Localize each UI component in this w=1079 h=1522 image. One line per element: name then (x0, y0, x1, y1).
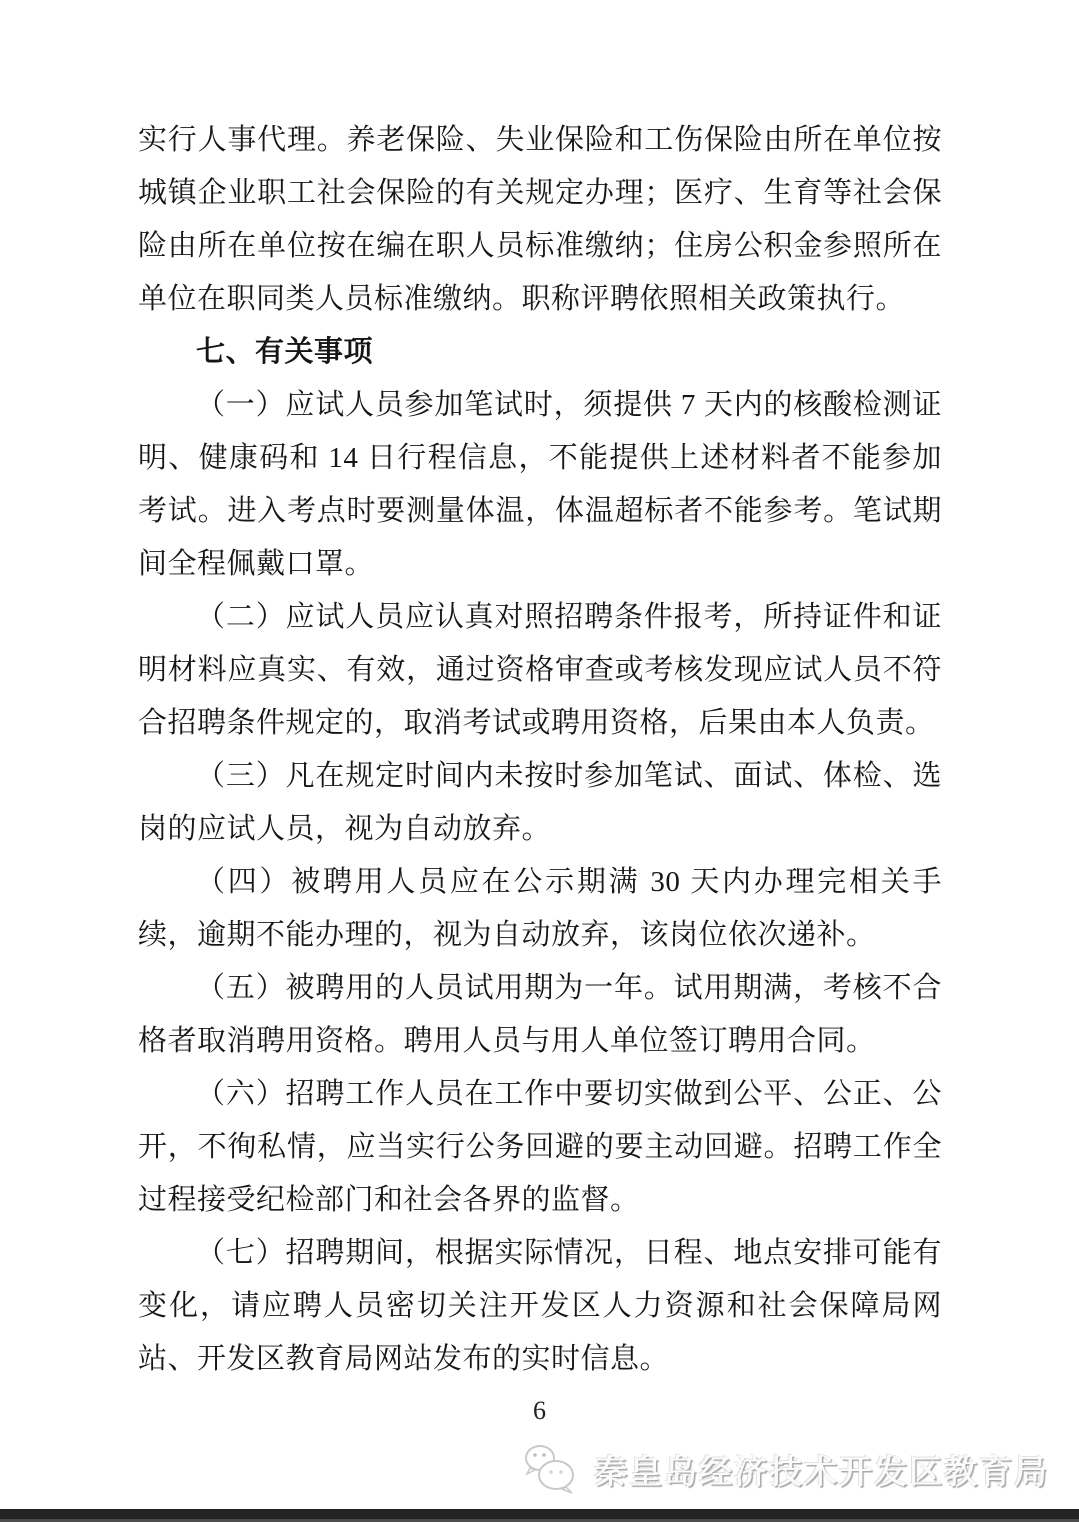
paragraph-item-5: （五）被聘用的人员试用期为一年。试用期满，考核不合格者取消聘用资格。聘用人员与用… (138, 962, 942, 1068)
paragraph-benefits-continuation: 实行人事代理。养老保险、失业保险和工伤保险由所在单位按城镇企业职工社会保险的有关… (138, 114, 942, 326)
document-body: 实行人事代理。养老保险、失业保险和工伤保险由所在单位按城镇企业职工社会保险的有关… (138, 114, 942, 1386)
section-heading-matters: 七、有关事项 (138, 326, 942, 379)
paragraph-item-1: （一）应试人员参加笔试时，须提供 7 天内的核酸检测证明、健康码和 14 日行程… (138, 379, 942, 591)
paragraph-item-6: （六）招聘工作人员在工作中要切实做到公平、公正、公开，不徇私情，应当实行公务回避… (138, 1068, 942, 1227)
page-number: 6 (0, 1396, 1079, 1426)
paragraph-item-4: （四）被聘用人员应在公示期满 30 天内办理完相关手续，逾期不能办理的，视为自动… (138, 856, 942, 962)
document-page: 实行人事代理。养老保险、失业保险和工伤保险由所在单位按城镇企业职工社会保险的有关… (0, 0, 1079, 1522)
footer-watermark-text: 秦皇岛经济技术开发区教育局 (594, 1446, 1049, 1493)
footer-watermark: 秦皇岛经济技术开发区教育局 (522, 1442, 1049, 1496)
paragraph-item-2: （二）应试人员应认真对照招聘条件报考，所持证件和证明材料应真实、有效，通过资格审… (138, 591, 942, 750)
bottom-bar (0, 1509, 1079, 1522)
wechat-bubbles-logo-icon (522, 1442, 580, 1496)
paragraph-item-7: （七）招聘期间，根据实际情况，日程、地点安排可能有变化，请应聘人员密切关注开发区… (138, 1227, 942, 1386)
paragraph-item-3: （三）凡在规定时间内未按时参加笔试、面试、体检、选岗的应试人员，视为自动放弃。 (138, 750, 942, 856)
